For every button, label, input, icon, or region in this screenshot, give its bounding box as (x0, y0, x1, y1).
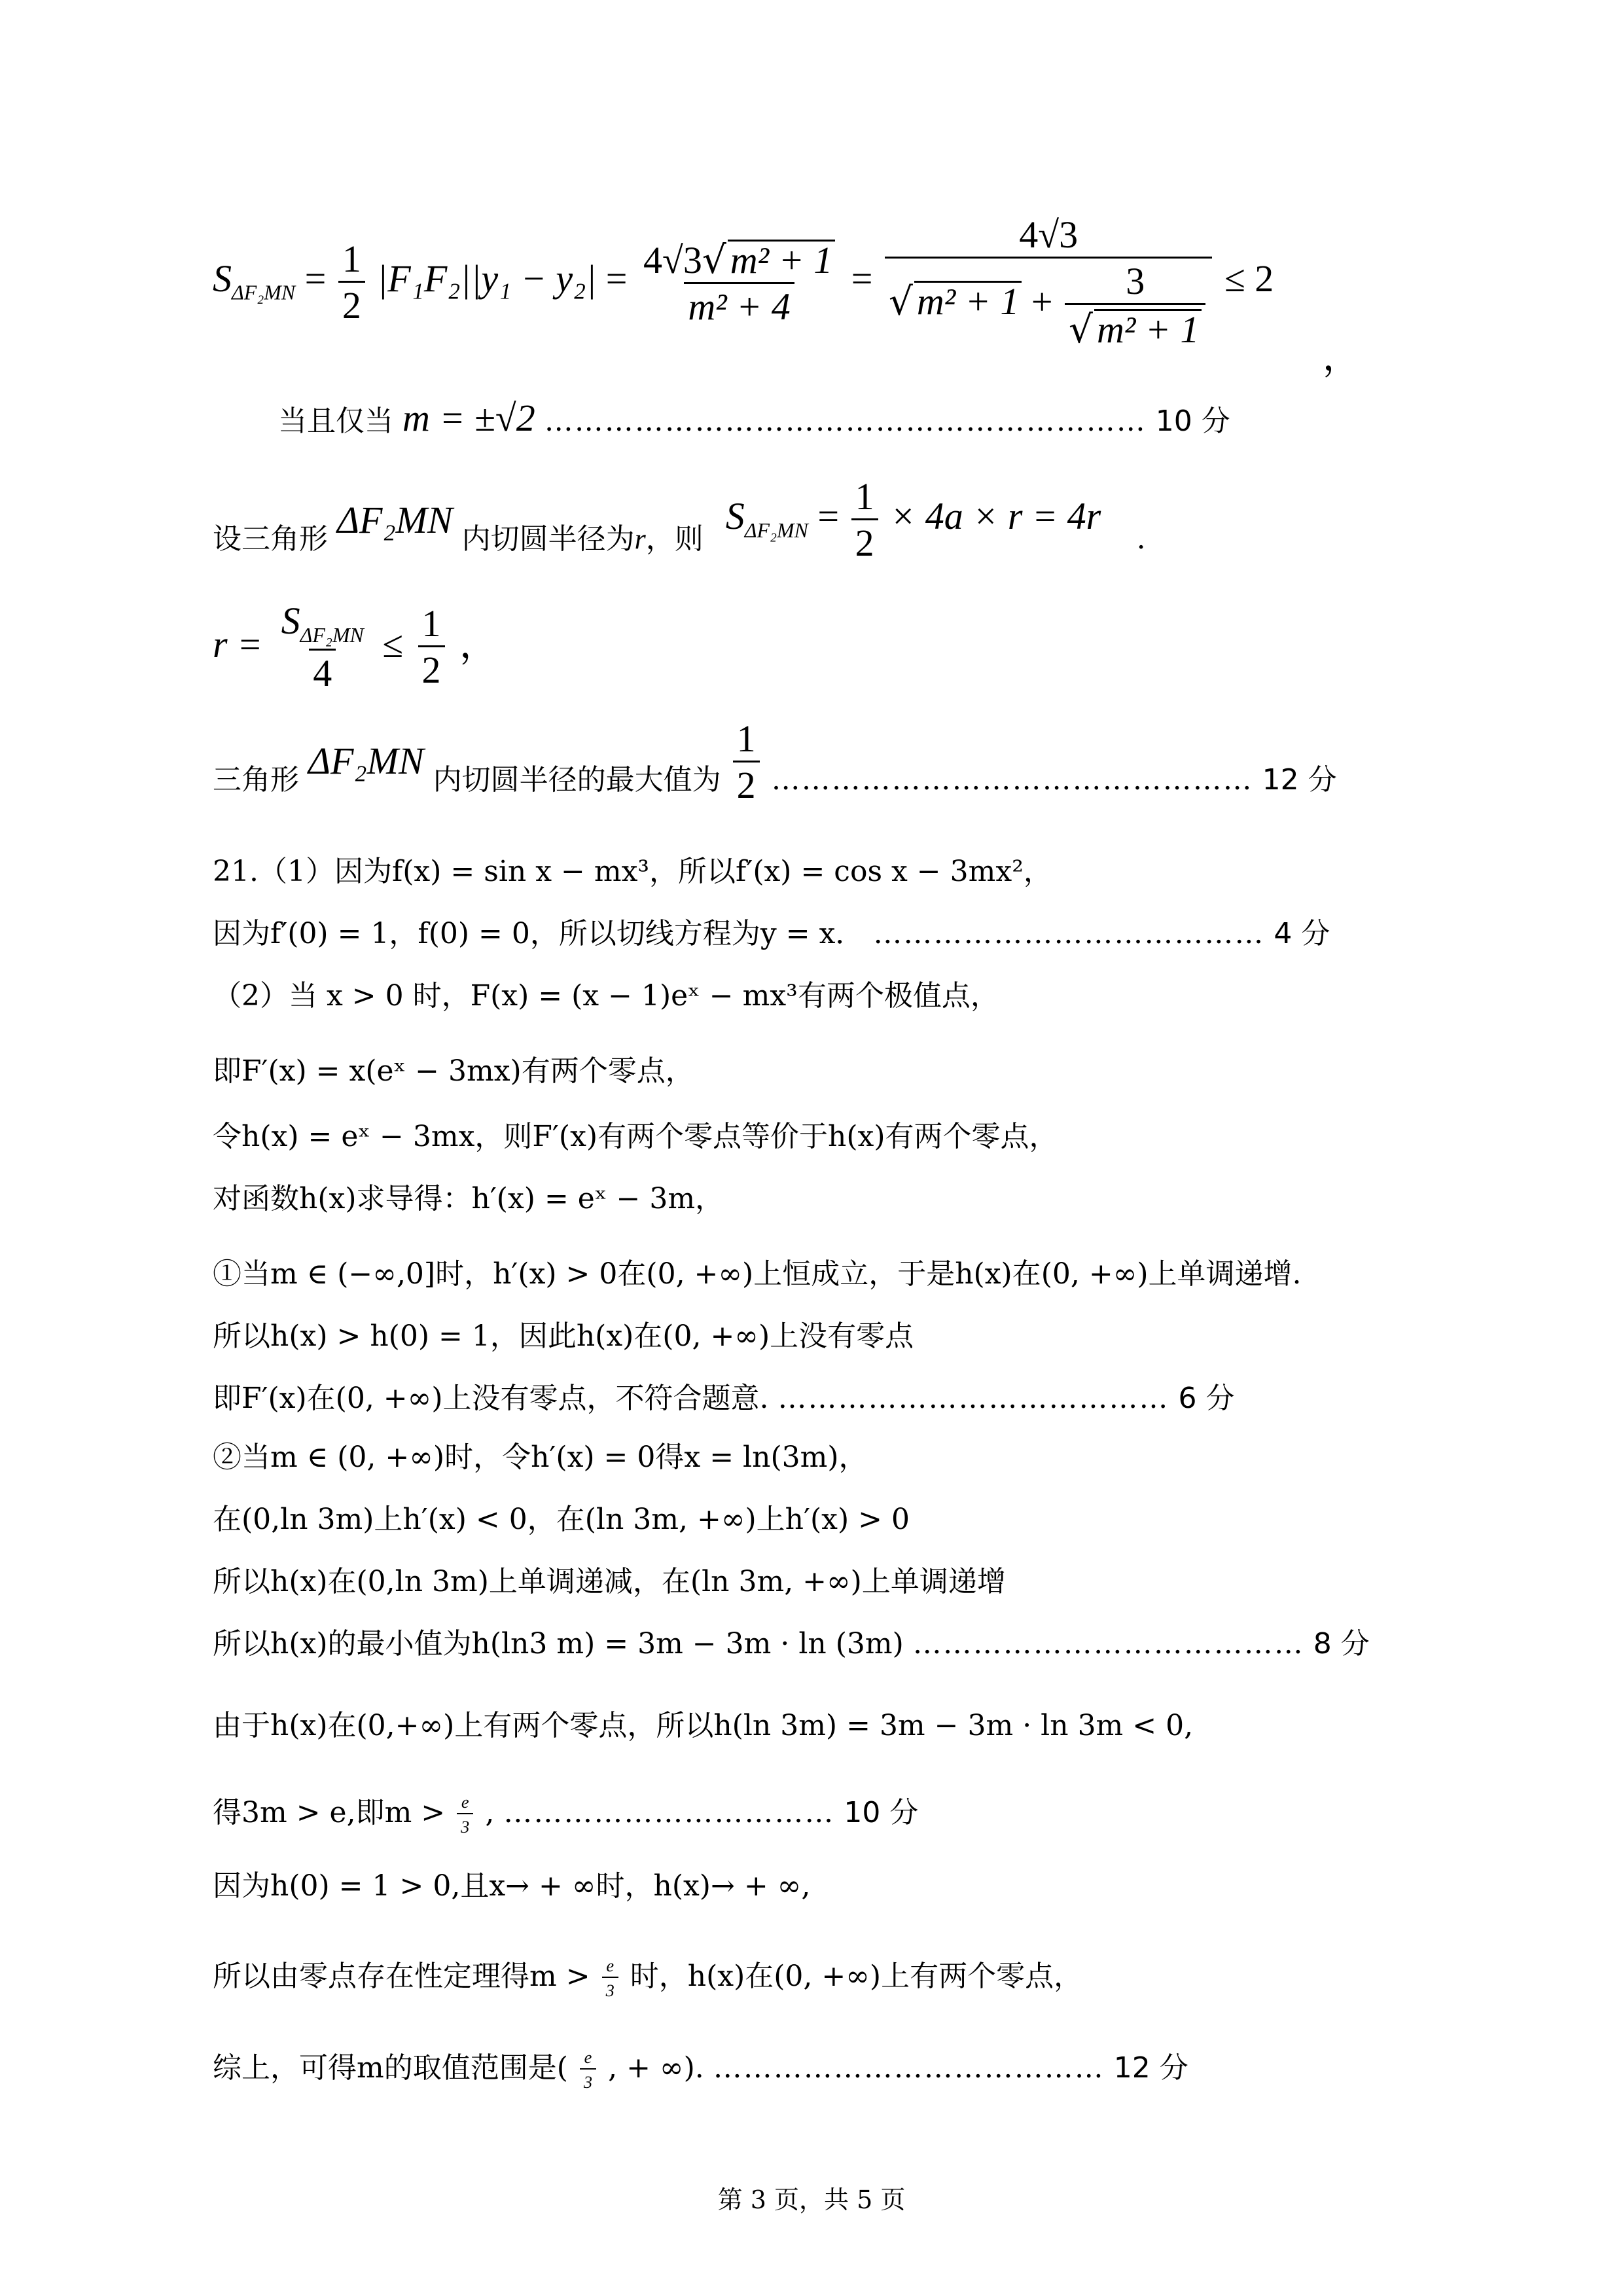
q21-part2-intro: （2）当 x > 0 时，F(x) = (x − 1)eˣ − mx³有两个极值… (213, 982, 999, 1011)
fraction-1: 4√3√m² + 1 m² + 4 (639, 240, 839, 326)
radical-icon: √ (702, 238, 726, 282)
numerator: 1 (851, 478, 878, 518)
q21-case1-conclusion: 所以h(x) > h(0) = 1，因此h(x)在(0, +∞)上没有零点 (213, 1322, 914, 1351)
text: 在(0,ln 3m)上h′(x) < 0，在(ln 3m, +∞)上h′(x) … (213, 1503, 910, 1536)
text: 时，h(x)在(0, +∞)上有两个零点， (630, 1960, 1082, 1993)
denominator: 3 (580, 2068, 596, 2090)
numerator: 1 (338, 240, 365, 281)
q21-line-h-def: 令h(x) = eˣ − 3mx，则F′(x)有两个零点等价于h(x)有两个零点… (213, 1122, 1058, 1151)
text: 由于h(x)在(0,+∞)上有两个零点，所以h(ln 3m) = 3m − 3m… (213, 1709, 1193, 1742)
fraction-e-over-3: e3 (602, 1957, 618, 2000)
numerator: 4√3√m² + 1 (639, 240, 839, 282)
text: 令h(x) = eˣ − 3mx，则F′(x)有两个零点等价于h(x)有两个零点… (213, 1120, 1058, 1153)
q21-zeros-condition: 由于h(x)在(0,+∞)上有两个零点，所以h(ln 3m) = 3m − 3m… (213, 1712, 1193, 1740)
period: . (1137, 522, 1146, 556)
leader-dots: …………………………………………………… (544, 404, 1147, 438)
q21-final-answer: 综上，可得m的取值范围是( e3 , + ∞). ………………………………… 1… (213, 2049, 1188, 2091)
text: 三角形 (213, 763, 299, 797)
q21-zero-existence: 所以由零点存在性定理得m > e3 时，h(x)在(0, +∞)上有两个零点， (213, 1957, 1082, 2000)
text: ②当m ∈ (0, +∞)时，令h′(x) = 0得x = ln(3m)， (213, 1441, 868, 1474)
q21-limit-line: 因为h(0) = 1 > 0,且x→ + ∞时，h(x)→ + ∞, (213, 1872, 810, 1901)
fraction-2: 4√3 √m² + 1 + 3√m² + 1 (885, 216, 1213, 349)
numerator: e (602, 1957, 618, 1977)
numerator: e (457, 1793, 473, 1813)
area-subscript: ΔF₂MN (300, 624, 364, 647)
q21-min-value: 所以h(x)的最小值为h(ln3 m) = 3m − 3m · ln (3m) … (213, 1630, 1370, 1659)
area-symbol: S (281, 600, 300, 642)
denominator: √m² + 1 (1065, 303, 1205, 349)
text: 所以h(x)在(0,ln 3m)上单调递减，在(ln 3m, +∞)上单调递增 (213, 1565, 1006, 1598)
text: 即F′(x)在(0, +∞)上没有零点，不符合题意. (213, 1382, 768, 1415)
math: m = ±√2 (402, 397, 535, 439)
denominator: 2 (733, 761, 760, 804)
equals: = (305, 257, 327, 300)
numerator: SΔF₂MN (277, 602, 368, 649)
area-subscript: ΔF₂MN (745, 519, 808, 542)
denominator: 2 (338, 281, 365, 325)
denominator: 3 (457, 1813, 473, 1835)
q21-tangent-line: 因为f′(0) = 1，f(0) = 0，所以切线方程为y = x． ……………… (213, 920, 1330, 948)
comma: , (485, 1796, 494, 1829)
fraction-half: 12 (338, 240, 365, 325)
fraction-e-over-3: e3 (457, 1793, 473, 1836)
comma: ， (1323, 336, 1361, 378)
text: 内切圆半径的最大值为 (433, 763, 721, 797)
denominator: 2 (418, 645, 445, 689)
numerator-coef: 4√3 (643, 239, 702, 281)
q21-case1: ①当m ∈ (−∞,0]时，h′(x) > 0在(0, +∞)上恒成立，于是h(… (213, 1260, 1302, 1289)
leader-dots: ………………………………… (913, 1627, 1304, 1660)
text: 当且仅当 (278, 404, 393, 438)
leq: ≤ (382, 623, 403, 666)
text: 所以由零点存在性定理得m > (213, 1960, 590, 1993)
equals: = (817, 495, 839, 537)
score-label: 4 分 (1274, 917, 1330, 950)
page-footer: 第 3 页，共 5 页 (0, 2179, 1623, 2215)
score-label: 10 分 (1156, 404, 1230, 438)
q21-line-hprime: 对函数h(x)求导得：h′(x) = eˣ − 3m， (213, 1185, 724, 1213)
denominator: 4 (309, 649, 336, 692)
text: ①当m ∈ (−∞,0]时，h′(x) > 0在(0, +∞)上恒成立，于是h(… (213, 1257, 1302, 1291)
denominator: √m² + 1 + 3√m² + 1 (885, 257, 1213, 349)
score-label: 12 分 (1114, 2051, 1188, 2085)
text: 内切圆半径为 (462, 522, 635, 556)
radius-bound-line: r = SΔF₂MN4 ≤ 12 ， (213, 602, 497, 692)
leader-dots: ………………………………… (777, 1382, 1169, 1415)
numerator: 1 (733, 720, 760, 761)
incircle-setup-line: 设三角形 ΔF₂MN 内切圆半径为r，则 SΔF₂MN = 12 × 4a × … (213, 497, 1146, 582)
q21-case2: ②当m ∈ (0, +∞)时，令h′(x) = 0得x = ln(3m)， (213, 1443, 868, 1472)
triangle-name: ΔF₂MN (308, 740, 424, 782)
triangle-name: ΔF₂MN (337, 499, 453, 541)
radicand: m² + 1 (1094, 309, 1202, 349)
denominator: 3 (602, 1977, 618, 1999)
denominator: m² + 4 (684, 282, 794, 326)
inner-fraction: 3√m² + 1 (1065, 262, 1205, 349)
area-symbol: S (213, 257, 232, 300)
text: 对函数h(x)求导得：h′(x) = eˣ − 3m， (213, 1182, 724, 1215)
radicand: m² + 1 (728, 240, 835, 279)
numerator: 1 (418, 605, 445, 645)
expression: × 4a × r = 4r (890, 495, 1101, 537)
fraction-e-over-3: e3 (580, 2049, 596, 2091)
text: 设三角形 (213, 522, 328, 556)
leader-dots: ………………………………… (873, 917, 1264, 950)
numerator: e (580, 2049, 596, 2068)
area-formula-line: SΔF₂MN = 12 |F₁F₂||y₁ − y₂| = 4√3√m² + 1… (213, 216, 1361, 349)
radius-symbol: r (635, 523, 646, 555)
text: , + ∞). (608, 2051, 704, 2085)
denominator: 2 (851, 518, 878, 562)
fraction-half: 12 (418, 605, 445, 689)
numerator: 3 (1122, 262, 1149, 303)
fraction-half: 12 (733, 720, 760, 804)
radical-icon: √ (1069, 307, 1093, 351)
text: 综上，可得m的取值范围是( (213, 2051, 568, 2085)
radicand: m² + 1 (914, 281, 1022, 321)
leader-dots: ………………………………………… (772, 763, 1253, 797)
q21-case2-sign: 在(0,ln 3m)上h′(x) < 0，在(ln 3m, +∞)上h′(x) … (213, 1505, 910, 1534)
text: 得3m > e,即m > (213, 1796, 445, 1829)
text: 所以h(x) > h(0) = 1，因此h(x)在(0, +∞)上没有零点 (213, 1319, 914, 1353)
score-label: 12 分 (1262, 763, 1337, 797)
plus: + (1031, 280, 1053, 323)
q21-m-bound: 得3m > e,即m > e3 , …………………………… 10 分 (213, 1793, 918, 1836)
abs-product: |F₁F₂||y₁ − y₂| (377, 257, 596, 300)
radical-icon: √ (889, 279, 913, 323)
max-radius-line: 三角形 ΔF₂MN 内切圆半径的最大值为 12 …………………………………………… (213, 740, 1337, 824)
numerator: 4√3 (1015, 216, 1082, 257)
fraction-half: 12 (851, 478, 878, 562)
text: 因为h(0) = 1 > 0,且x→ + ∞时，h(x)→ + ∞, (213, 1869, 810, 1903)
equality-condition-line: 当且仅当 m = ±√2 …………………………………………………… 10 分 (278, 399, 1230, 437)
text: 即F′(x) = x(eˣ − 3mx)有两个零点， (213, 1054, 694, 1088)
score-label: 8 分 (1313, 1627, 1370, 1660)
area-relation: SΔF₂MN = 12 × 4a × r = 4r (726, 495, 1111, 537)
text: 所以h(x)的最小值为h(ln3 m) = 3m − 3m · ln (3m) (213, 1627, 904, 1660)
area-symbol: S (726, 495, 745, 537)
text: （2）当 x > 0 时，F(x) = (x − 1)eˣ − mx³有两个极值… (213, 979, 999, 1013)
q21-case2-monotonic: 所以h(x)在(0,ln 3m)上单调递减，在(ln 3m, +∞)上单调递增 (213, 1568, 1006, 1596)
leader-dots: ………………………………… (713, 2051, 1105, 2085)
score-label: 6 分 (1178, 1382, 1234, 1415)
text: 21.（1）因为f(x) = sin x − mx³，所以f′(x) = cos… (213, 855, 1052, 888)
fraction-area-over-4: SΔF₂MN4 (277, 602, 368, 692)
text: ，则 (646, 522, 704, 556)
equals: = (606, 257, 628, 300)
q21-case1-score: 即F′(x)在(0, +∞)上没有零点，不符合题意. …………………………………… (213, 1384, 1234, 1413)
radius-lhs: r = (213, 623, 262, 666)
comma: ， (459, 622, 497, 666)
equals: = (851, 257, 873, 300)
inequality: ≤ 2 (1224, 257, 1274, 300)
q21-line-fprime: 即F′(x) = x(eˣ − 3mx)有两个零点， (213, 1057, 694, 1086)
q21-part1-derivative: 21.（1）因为f(x) = sin x − mx³，所以f′(x) = cos… (213, 857, 1052, 886)
score-label: 10 分 (844, 1796, 918, 1829)
text: 因为f′(0) = 1，f(0) = 0，所以切线方程为y = x． (213, 917, 864, 950)
leader-dots: …………………………… (503, 1796, 834, 1829)
area-subscript: ΔF₂MN (232, 281, 295, 304)
